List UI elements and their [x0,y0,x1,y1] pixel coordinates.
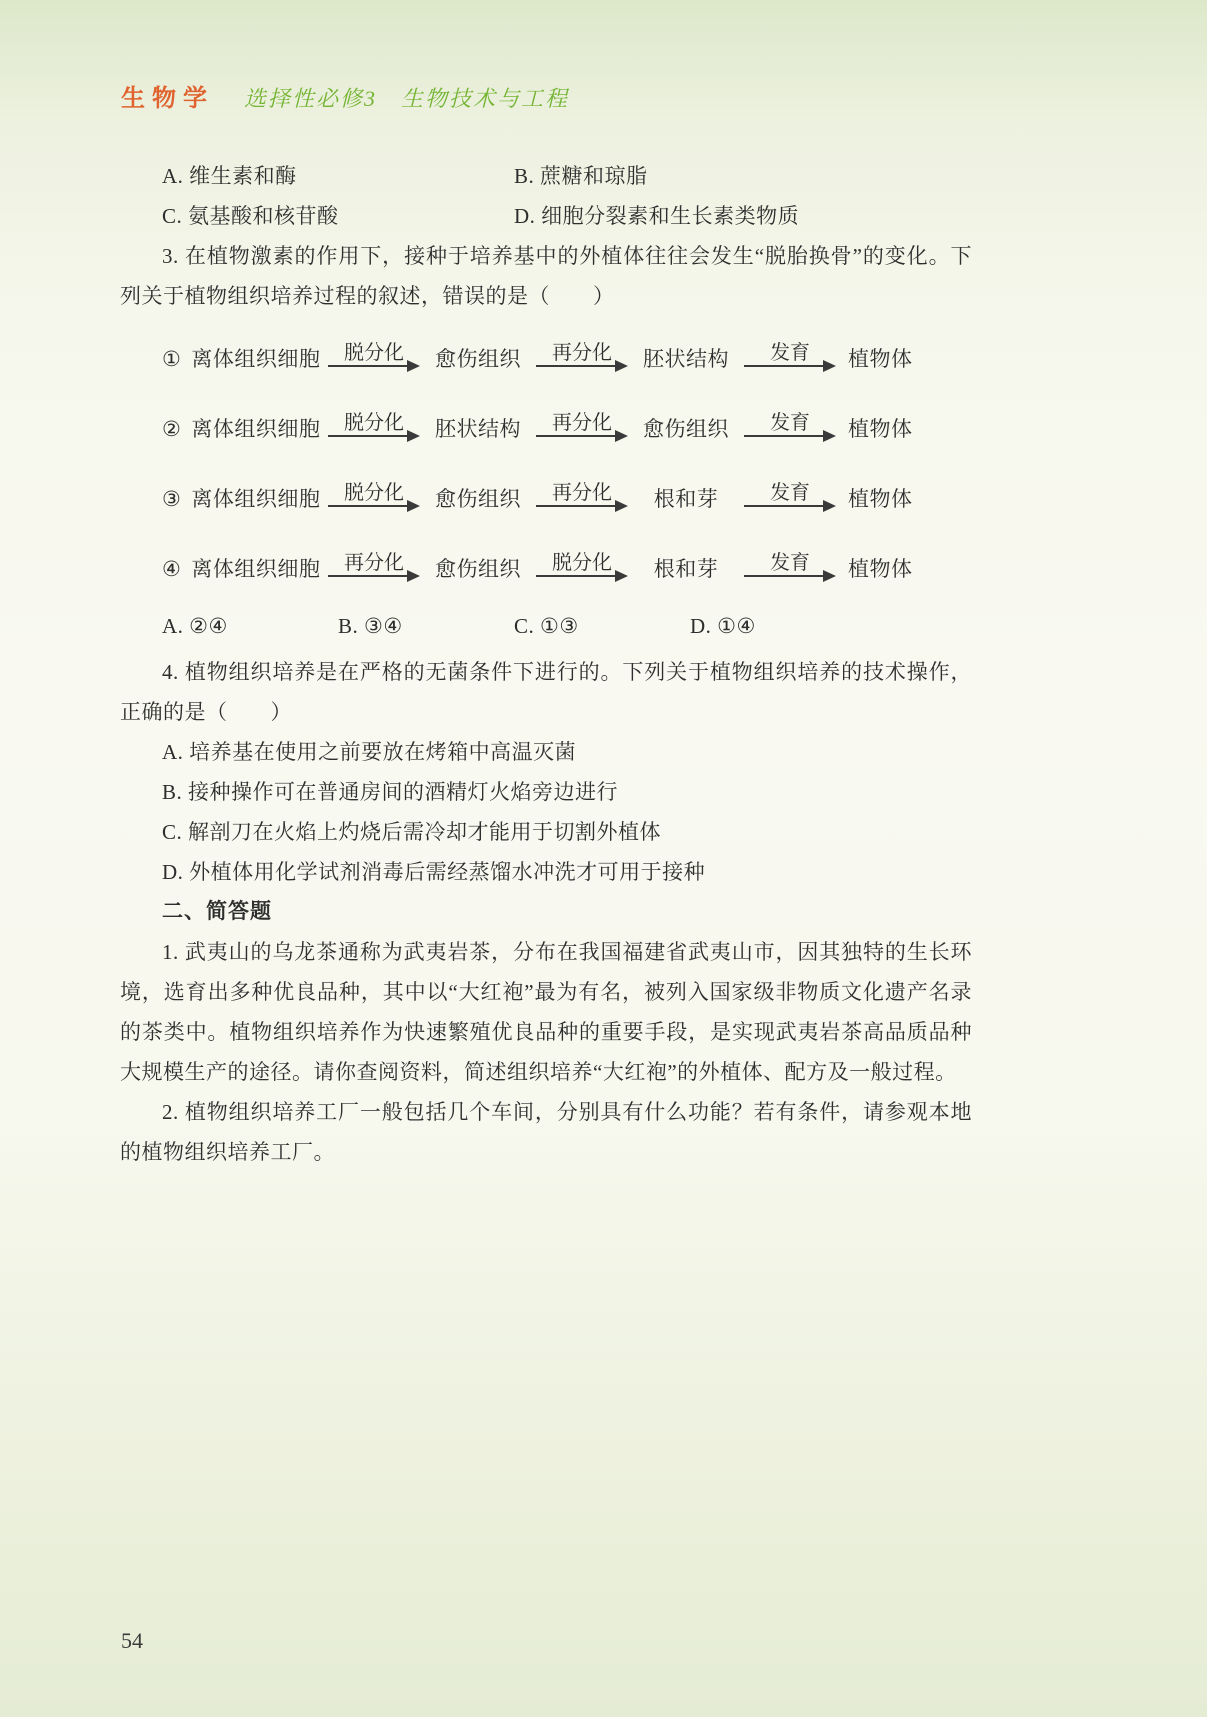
q4-option-d: D. 外植体用化学试剂消毒后需经蒸馏水冲洗才可用于接种 [120,852,972,892]
flow-term: 根和芽 [634,479,738,519]
circled-number: ③ [162,487,181,511]
arrow-shaft [328,505,417,507]
subject-title: 生物学 [121,78,214,113]
q3-option-b: B. ③④ [338,606,514,646]
flow-end-term: 植物体 [848,409,913,449]
flow-term: 愈伤组织 [634,409,738,449]
arrow-shaft [744,505,833,507]
circled-number: ② [162,417,181,441]
short-answer-question-2: 2. 植物组织培养工厂一般包括几个车间，分别具有什么功能？若有条件，请参观本地的… [120,1092,972,1172]
flow-arrow: 发育 [744,476,836,522]
arrow-shaft [536,435,625,437]
flow-row-3: ③离体组织细胞 脱分化 愈伤组织 再分化 根和芽 发育 植物体 [162,476,972,522]
flow-term: 根和芽 [634,549,738,589]
arrow-shaft [744,365,833,367]
circled-number: ④ [162,557,181,581]
flow-row-2: ②离体组织细胞 脱分化 胚状结构 再分化 愈伤组织 发育 植物体 [162,406,972,452]
flow-end-term: 植物体 [848,339,913,379]
flow-arrow: 再分化 [536,336,628,382]
page-header: 生物学 选择性必修3 生物技术与工程 [121,78,569,113]
flow-start-term: 离体组织细胞 [191,417,320,441]
arrow-shaft [536,505,625,507]
q3-option-c: C. ①③ [514,606,690,646]
prev-option-b: B. 蔗糖和琼脂 [514,156,972,196]
flow-arrow: 脱分化 [328,476,420,522]
flow-start-term: 离体组织细胞 [191,487,320,511]
arrow-shaft [328,575,417,577]
q3-option-a: A. ②④ [162,606,338,646]
arrow-shaft [328,435,417,437]
flow-arrow: 再分化 [536,406,628,452]
question4-stem: 4. 植物组织培养是在严格的无菌条件下进行的。下列关于植物组织培养的技术操作，正… [120,652,972,732]
flow-arrow: 再分化 [536,476,628,522]
flow-row-1: ①离体组织细胞 脱分化 愈伤组织 再分化 胚状结构 发育 植物体 [162,336,972,382]
flow-start-4: ④离体组织细胞 [162,549,322,589]
arrow-shaft [744,575,833,577]
course-title: 选择性必修3 生物技术与工程 [244,82,569,113]
q4-option-a: A. 培养基在使用之前要放在烤箱中高温灭菌 [120,732,972,772]
flow-arrow: 脱分化 [328,336,420,382]
page-number: 54 [121,1628,143,1654]
flow-end-term: 植物体 [848,479,913,519]
flow-term: 胚状结构 [426,409,530,449]
q4-option-c: C. 解剖刀在火焰上灼烧后需冷却才能用于切割外植体 [120,812,972,852]
flow-start-term: 离体组织细胞 [191,347,320,371]
textbook-page: 生物学 选择性必修3 生物技术与工程 A. 维生素和酶 B. 蔗糖和琼脂 C. … [0,0,1207,1717]
question3-answer-options: A. ②④ B. ③④ C. ①③ D. ①④ [162,606,972,646]
flow-arrow: 再分化 [328,546,420,592]
flow-start-term: 离体组织细胞 [191,557,320,581]
arrow-shaft [536,365,625,367]
flow-start-3: ③离体组织细胞 [162,479,322,519]
arrow-shaft [744,435,833,437]
page-content: A. 维生素和酶 B. 蔗糖和琼脂 C. 氨基酸和核苷酸 D. 细胞分裂素和生长… [120,156,972,1172]
flow-end-term: 植物体 [848,549,913,589]
flow-term: 愈伤组织 [426,479,530,519]
question3-flow-diagram: ①离体组织细胞 脱分化 愈伤组织 再分化 胚状结构 发育 植物体 ②离体组织细胞… [162,336,972,592]
short-answer-question-1: 1. 武夷山的乌龙茶通称为武夷岩茶，分布在我国福建省武夷山市，因其独特的生长环境… [120,932,972,1092]
section-heading: 二、简答题 [120,892,972,932]
flow-arrow: 脱分化 [536,546,628,592]
prev-option-c: C. 氨基酸和核苷酸 [162,196,514,236]
flow-arrow: 脱分化 [328,406,420,452]
prev-question-options: A. 维生素和酶 B. 蔗糖和琼脂 C. 氨基酸和核苷酸 D. 细胞分裂素和生长… [120,156,972,236]
flow-term: 胚状结构 [634,339,738,379]
flow-arrow: 发育 [744,336,836,382]
prev-option-a: A. 维生素和酶 [162,156,514,196]
arrow-shaft [536,575,625,577]
flow-start-1: ①离体组织细胞 [162,339,322,379]
q4-option-b: B. 接种操作可在普通房间的酒精灯火焰旁边进行 [120,772,972,812]
flow-term: 愈伤组织 [426,339,530,379]
flow-arrow: 发育 [744,406,836,452]
flow-start-2: ②离体组织细胞 [162,409,322,449]
prev-option-d: D. 细胞分裂素和生长素类物质 [514,196,972,236]
flow-term: 愈伤组织 [426,549,530,589]
q3-option-d: D. ①④ [690,606,866,646]
arrow-shaft [328,365,417,367]
question3-stem: 3. 在植物激素的作用下，接种于培养基中的外植体往往会发生“脱胎换骨”的变化。下… [120,236,972,316]
flow-arrow: 发育 [744,546,836,592]
circled-number: ① [162,347,181,371]
flow-row-4: ④离体组织细胞 再分化 愈伤组织 脱分化 根和芽 发育 植物体 [162,546,972,592]
